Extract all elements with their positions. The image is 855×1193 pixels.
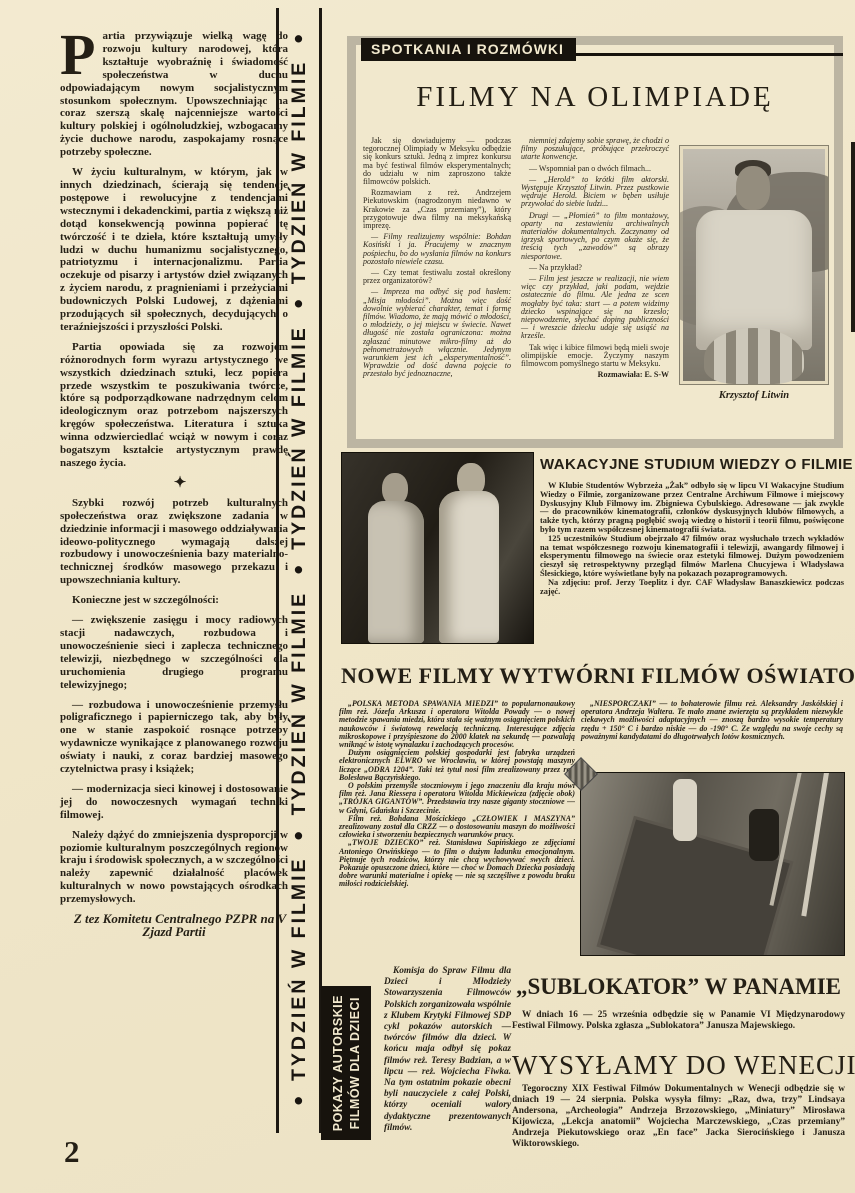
party-theses-column: Partia przywiązuje wielką wagę do rozwoj…	[60, 30, 288, 946]
interview-answer: niemniej zdajemy sobie sprawę, że chodzi…	[521, 137, 669, 162]
photo-credit-line: Na zdjęciu: prof. Jerzy Toeplitz i dyr. …	[540, 579, 844, 597]
label-rule	[571, 53, 843, 56]
photo-column: Krzysztof Litwin	[679, 137, 829, 401]
strip-bullet-icon: ●	[289, 561, 308, 580]
paragraph: Konieczne jest w szczególności:	[60, 594, 288, 607]
paragraph: W dniach 16 — 25 września odbędzie się w…	[512, 1010, 845, 1032]
paragraph: „POLSKA METODA SPAWANIA MIEDZI” to popul…	[339, 700, 575, 749]
diamond-separator-icon: ✦	[60, 477, 288, 490]
photo-figure-shape	[749, 809, 779, 861]
paragraph: O polskim przemyśle stoczniowym i jego z…	[339, 782, 575, 815]
interview-answer: — Filmy realizujemy wspólnie: Bohdan Kos…	[363, 233, 511, 266]
interview-question: — Czy temat festiwalu został określony p…	[363, 269, 511, 285]
wenecja-title: WYSYŁAMY DO WENECJI	[512, 1050, 845, 1081]
paragraph: „NIESPORCZAKI” — to bohaterowie filmu re…	[581, 700, 843, 741]
strip-bullet-icon: ●	[289, 1092, 308, 1111]
paragraph: 125 uczestników Studium obejrzało 47 fil…	[540, 535, 844, 579]
nowe-filmy-col1: „POLSKA METODA SPAWANIA MIEDZI” to popul…	[339, 700, 575, 889]
signature: Z tez Komitetu Centralnego PZPR na V Zja…	[60, 913, 288, 939]
film-week-strip-text: ●TYDZIEŃ W FILMIE●TYDZIEŃ W FILMIE●TYDZI…	[288, 8, 311, 1133]
interview-answer: Drugi — „Płomień” to film montażowy, opa…	[521, 212, 669, 261]
wenecja-body: Tegoroczny XIX Festiwal Filmów Dokumenta…	[512, 1084, 845, 1150]
paragraph: W życiu kulturalnym, w którym, jak w inn…	[60, 166, 288, 334]
litwin-photo	[679, 145, 829, 385]
paragraph: Partia przywiązuje wielką wagę do rozwoj…	[60, 30, 288, 159]
strip-label: TYDZIEŃ W FILMIE	[288, 325, 310, 550]
paragraph: Partia opowiada się za rozwojem różnorod…	[60, 341, 288, 470]
studium-article: WAKACYJNE STUDIUM WIEDZY O FILMIE 68 W K…	[540, 456, 844, 596]
olimpiada-col1: Jak się dowiadujemy — podczas tegoroczne…	[363, 137, 511, 401]
page-number: 2	[64, 1134, 80, 1170]
paragraph: — modernizacja sieci kinowej i dostosowa…	[60, 783, 288, 822]
paragraph: Jak się dowiadujemy — podczas tegoroczne…	[363, 137, 511, 186]
paragraph: — zwiększenie zasięgu i mocy radiowych s…	[60, 614, 288, 691]
interview-question: — Wspomniał pan o dwóch filmach...	[521, 165, 669, 173]
sublokator-title: „SUBLOKATOR” W PANAMIE	[512, 974, 845, 1000]
paragraph: Dużym osiągnięciem polskiej gospodarki j…	[339, 749, 575, 782]
pokazy-box: POKAZY AUTORSKIE FILMÓW DLA DZIECI	[321, 986, 371, 1140]
photo-figure-shape	[673, 779, 697, 841]
film-week-strip: ●TYDZIEŃ W FILMIE●TYDZIEŃ W FILMIE●TYDZI…	[276, 8, 322, 1133]
paragraph: Tegoroczny XIX Festiwal Filmów Dokumenta…	[512, 1084, 845, 1150]
paragraph: Rozmawiam z reż. Andrzejem Piekutowskim …	[363, 189, 511, 230]
paragraph: W Klubie Studentów Wybrzeża „Żak” odbyło…	[540, 482, 844, 535]
strip-label: TYDZIEŃ W FILMIE	[288, 60, 310, 285]
nowe-filmy-title: NOWE FILMY WYTWÓRNI FILMÓW OŚWIATOWYCH	[341, 663, 845, 689]
magazine-page: Partia przywiązuje wielką wagę do rozwoj…	[0, 0, 855, 1193]
paragraph: Szybki rozwój potrzeb kulturalnych społe…	[60, 497, 288, 587]
strip-label: TYDZIEŃ W FILMIE	[288, 857, 310, 1082]
olimpiada-article: SPOTKANIA I ROZMÓWKI FILMY NA OLIMPIADĘ …	[347, 36, 843, 448]
page-edge-mark	[851, 142, 855, 332]
photo-figure-shape	[368, 501, 424, 643]
interview-question: — Na przykład?	[521, 264, 669, 272]
nowe-filmy-col2: „NIESPORCZAKI” — to bohaterowie filmu re…	[581, 700, 843, 741]
paragraph: Komisja do Spraw Filmu dla Dzieci i Młod…	[384, 966, 511, 1134]
paragraph: Należy dążyć do zmniejszenia dysproporcj…	[60, 829, 288, 906]
interview-answer: — „Herold” to krótki film aktorski. Wyst…	[521, 176, 669, 209]
photo-figure-shape	[439, 491, 499, 643]
photo-figure-shape	[736, 166, 770, 210]
strip-label: TYDZIEŃ W FILMIE	[288, 591, 310, 816]
interview-answer: — Film jest jeszcze w realizacji, nie wi…	[521, 275, 669, 341]
paragraph: „TWOJE DZIECKO” reż. Stanisława Sapiński…	[339, 839, 575, 888]
byline: Rozmawiała: E. S-W	[521, 371, 669, 379]
paragraph: — rozbudowa i unowocześnienie przemysłu …	[60, 699, 288, 776]
komisja-note: Komisja do Spraw Filmu dla Dzieci i Młod…	[384, 966, 511, 1134]
pokazy-box-line2: FILMÓW DLA DZIECI	[348, 997, 362, 1129]
olimpiada-title: FILMY NA OLIMPIADĘ	[356, 81, 834, 114]
drop-cap: P	[60, 33, 95, 77]
section-label: SPOTKANIA I ROZMÓWKI	[361, 38, 576, 61]
sublokator-body: W dniach 16 — 25 września odbędzie się w…	[512, 1010, 845, 1032]
photo-crane-shape	[801, 772, 829, 916]
pokazy-box-line1: POKAZY AUTORSKIE	[331, 995, 345, 1131]
paragraph: Tak więc i kibice filmowi będą mieli swo…	[521, 344, 669, 369]
interview-answer: — Impreza ma odbyć się pod hasłem: „Misj…	[363, 288, 511, 378]
olimpiada-col2: niemniej zdajemy sobie sprawę, że chodzi…	[521, 137, 669, 401]
strip-bullet-icon: ●	[289, 30, 308, 49]
strip-bullet-icon: ●	[289, 827, 308, 846]
photo-caption: Krzysztof Litwin	[679, 390, 829, 401]
photo-drum-shape	[704, 328, 804, 384]
studium-photo	[341, 452, 534, 644]
strip-bullet-icon: ●	[289, 295, 308, 314]
shipyard-photo	[580, 772, 845, 956]
studium-title: WAKACYJNE STUDIUM WIEDZY O FILMIE 68	[540, 456, 844, 473]
paragraph: Film reż. Bohdana Mościckiego „CZŁOWIEK …	[339, 815, 575, 840]
